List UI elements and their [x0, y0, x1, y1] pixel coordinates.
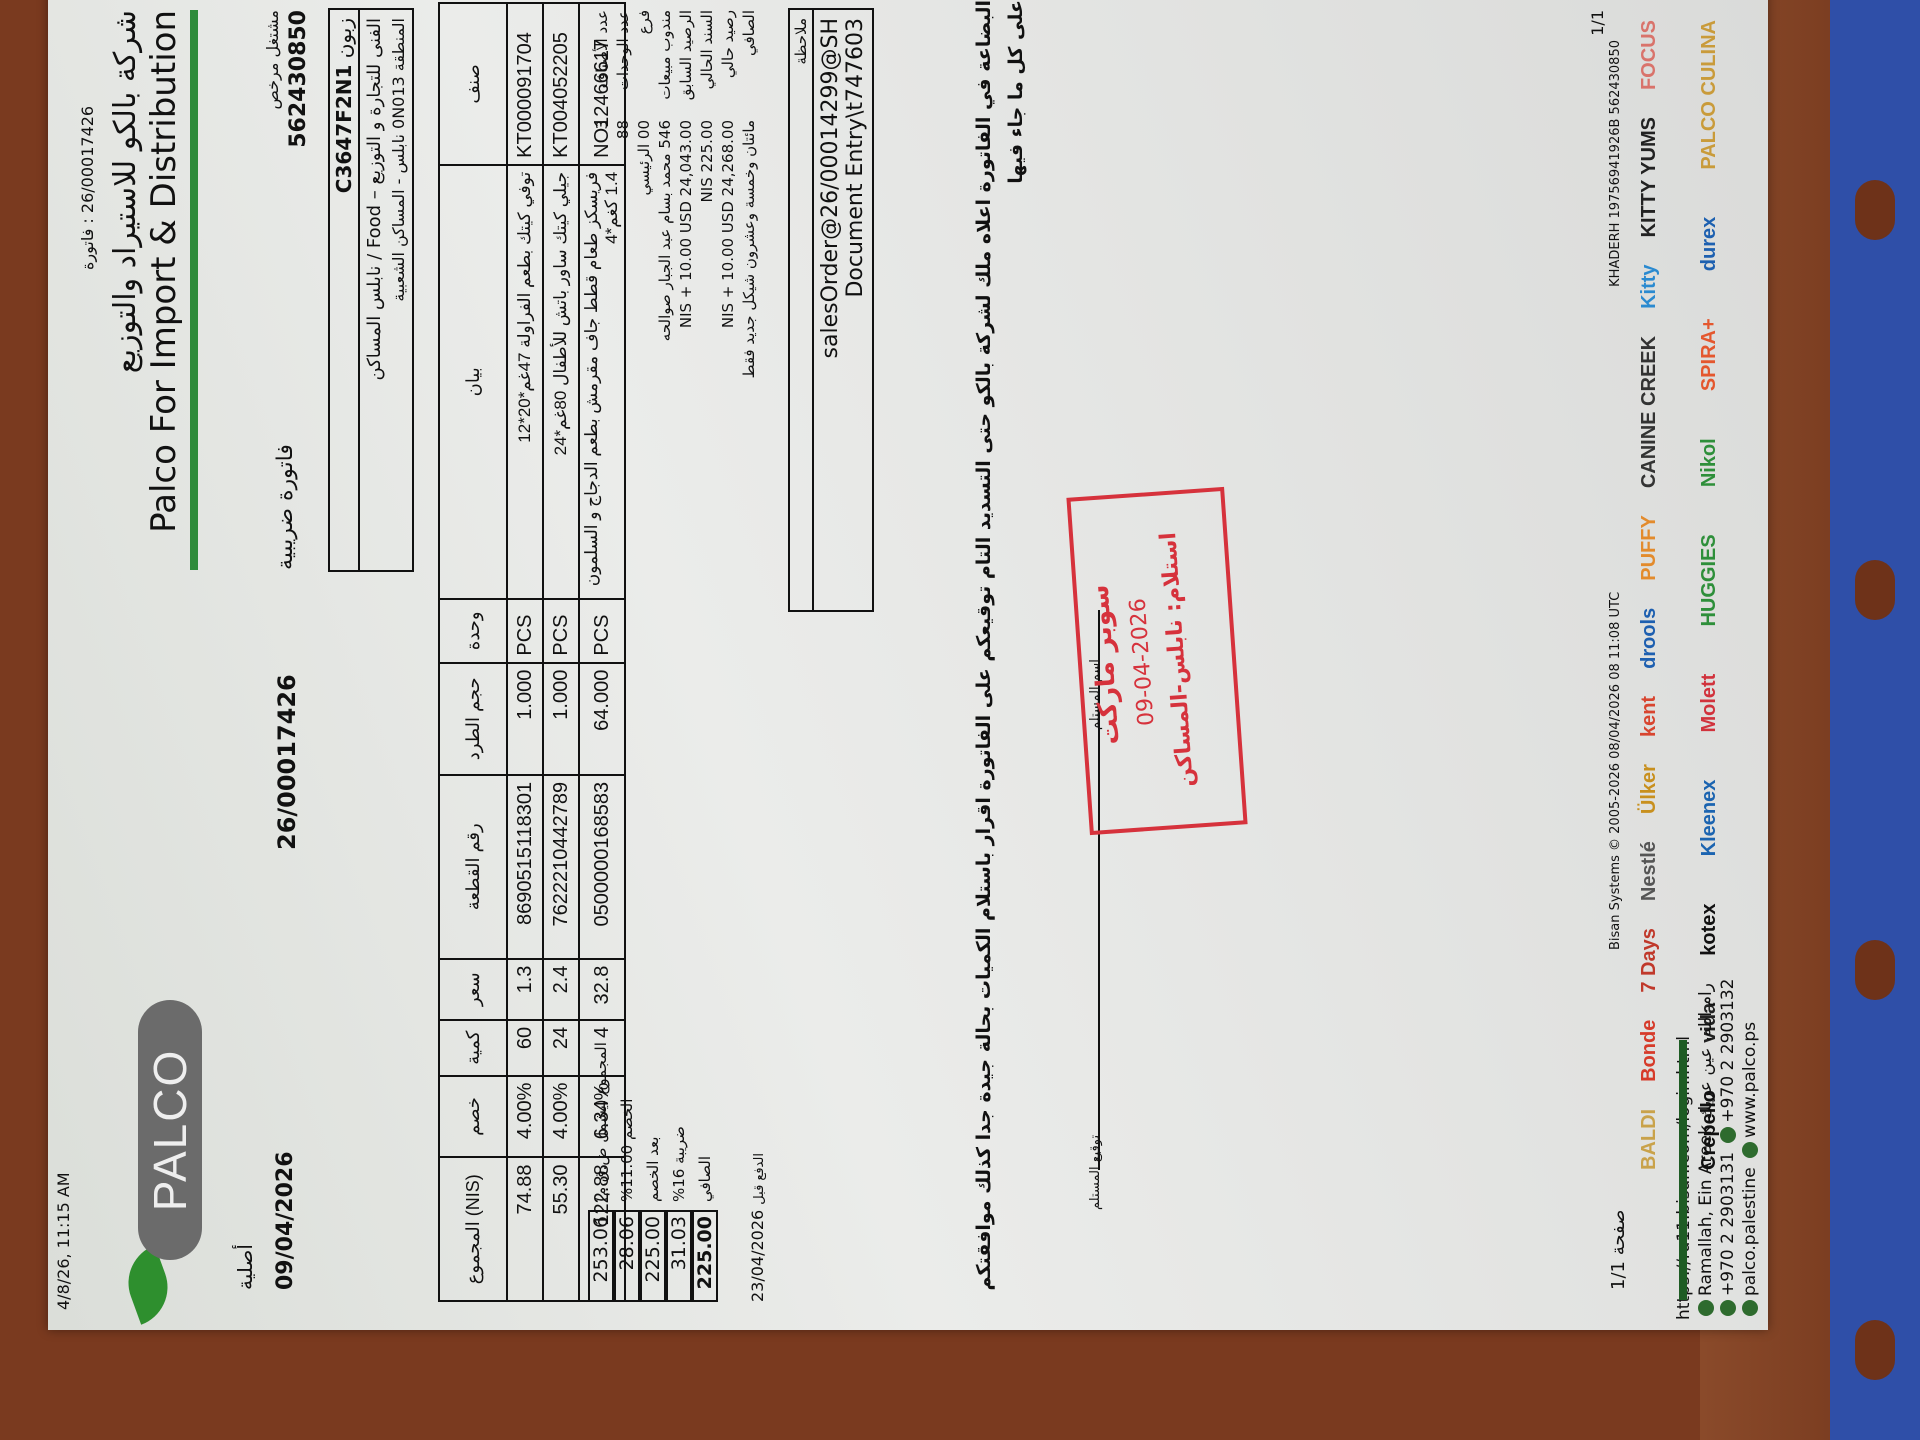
total-row: 225.00الصافي	[692, 902, 718, 1302]
receipt-stamp: سوبر ماركت 09-04-2026 استلام: نابلس-المس…	[1066, 487, 1247, 835]
column-header: بيان	[439, 165, 507, 599]
column-header: صنف	[439, 3, 507, 165]
cell-code: KT000091704	[507, 3, 543, 165]
cell-barcode: 8690515118301	[507, 775, 543, 959]
note-line: Document Entry\t747603	[843, 18, 868, 602]
company-name-ar: شركة بالكو للاستيراد والتوزيع	[108, 10, 143, 373]
cell-pack: 1.000	[543, 663, 579, 775]
total-value: 28.06	[614, 1210, 640, 1302]
total-label: بعد الخصم	[644, 1137, 662, 1210]
invoice-number: 26/00017426	[273, 674, 301, 850]
total-value: 225.00	[692, 1210, 718, 1302]
total-label: ضريبة 16%	[670, 1126, 688, 1210]
cell-unit: PCS	[579, 599, 625, 663]
brand-logo: drools	[1638, 608, 1661, 669]
cell-barcode: 7622210442789	[543, 775, 579, 959]
cell-pack: 64.000	[579, 663, 625, 775]
invoice-paper: 4/8/26, 11:15 AM 26/00017426 : فاتورة PA…	[48, 0, 1768, 1330]
table-row: 55.304.00%242.476222104427891.000PCSجيلي…	[543, 3, 579, 1301]
brand-logo: kent	[1638, 696, 1661, 737]
column-header: حجم الطرد	[439, 663, 507, 775]
cell-unit: PCS	[543, 599, 579, 663]
brand-logo: Kitty	[1638, 264, 1661, 308]
customer-name: الفنى للتجارة و التوزيع – Food / نابلس ا…	[360, 10, 389, 570]
cell-unit: PCS	[507, 599, 543, 663]
brand-logo: Nikol	[1698, 438, 1721, 487]
brand-logo: durex	[1698, 217, 1721, 271]
column-header: خصم	[439, 1076, 507, 1158]
note-line: salesOrder@26/00014299@SH	[818, 18, 843, 602]
brand-logo: BALDI	[1638, 1109, 1661, 1170]
contact-block: https://ra11.bisan.com/login.html Ramall…	[1673, 979, 1761, 1320]
brand-logo: Kleenex	[1698, 780, 1721, 857]
summary-block: عدد الأصناف3عدد الوحدات88فرع00 الرئيسيمن…	[593, 10, 761, 490]
summary-row: مندوب مبيعات546 محمد بسام عبد الجبار صوا…	[656, 10, 677, 490]
license-label: مشتغل مرخص	[263, 10, 282, 109]
total-value: 225.00	[640, 1210, 666, 1302]
brand-logo: Ülker	[1638, 764, 1661, 814]
cell-pack: 1.000	[507, 663, 543, 775]
summary-row: عدد الأصناف3	[593, 10, 614, 490]
punch-hole	[1855, 1320, 1895, 1380]
total-label: الصافي	[696, 1156, 714, 1210]
facebook-icon	[1742, 1300, 1758, 1316]
column-header: رقم القطعة	[439, 775, 507, 959]
notes-label: ملاحظة	[790, 10, 814, 610]
total-value: 31.03	[666, 1210, 692, 1302]
cell-total: 55.30	[543, 1157, 579, 1301]
totals-block: 253.06المجموع (يشمل ض.ق.م)28.06الخصم 11.…	[588, 902, 718, 1302]
total-row: 28.06الخصم 11.00%	[614, 902, 640, 1302]
cell-code: KT004052205	[543, 3, 579, 165]
location-icon	[1698, 1300, 1714, 1316]
brand-logo: SPIRA+	[1698, 318, 1721, 391]
invoice-type: فاتورة ضريبية	[273, 444, 298, 570]
column-header: وحدة	[439, 599, 507, 663]
brand-logo: FOCUS	[1638, 20, 1661, 90]
web-icon	[1742, 1142, 1758, 1158]
brand-logo: KITTY YUMS	[1638, 117, 1661, 237]
summary-row: عدد الوحدات88	[614, 10, 635, 490]
punch-hole	[1855, 180, 1895, 240]
customer-region: المنطقة 0N013 نابلس - المساكن الشعبية	[389, 10, 412, 570]
brand-logo: kotex	[1698, 903, 1721, 955]
declaration-text: البضاعة في الفاتورة اعلاه ملك لشركة بالك…	[968, 0, 1032, 1300]
brand-logo: Nestlé	[1638, 841, 1661, 901]
summary-row: السند الحالي225.00 NIS	[698, 10, 719, 490]
user-line: KHADERH 19756941926B 562430850	[1608, 40, 1623, 287]
punch-hole	[1855, 560, 1895, 620]
brand-logo: Bonde	[1638, 1020, 1661, 1082]
total-value: 253.06	[588, 1210, 614, 1302]
receiver-signature-label: توقيع المستلم	[1088, 1135, 1103, 1210]
due-date: 23/04/2026 الدفع قبل	[748, 1153, 767, 1302]
brand-bar	[190, 10, 198, 570]
cell-qty: 60	[507, 1020, 543, 1076]
print-timestamp: 4/8/26, 11:15 AM	[54, 1172, 73, 1310]
page-top: 1/1	[1588, 10, 1607, 36]
brand-logos-row-1: BALDIBonde7 DaysNestléÜlkerkentdroolsPUF…	[1638, 20, 1661, 1170]
company-logo: PALCO	[138, 1000, 202, 1260]
table-row: 74.884.00%601.386905151183011.000PCSتوفي…	[507, 3, 543, 1301]
total-label: الخصم 11.00%	[618, 1099, 636, 1210]
page-label: صفحة 1/1	[1608, 1210, 1629, 1290]
website-link[interactable]: www.palco.ps	[1740, 1022, 1760, 1138]
brand-logo: Molett	[1698, 674, 1721, 733]
cell-price: 1.3	[507, 959, 543, 1020]
phone-icon	[1720, 1300, 1736, 1316]
total-row: 225.00بعد الخصم	[640, 902, 666, 1302]
brand-logo: PALCO CULINA	[1698, 20, 1721, 170]
fax-icon	[1720, 1127, 1736, 1143]
total-row: 31.03ضريبة 16%	[666, 902, 692, 1302]
customer-code: C3647F2N1	[332, 65, 356, 194]
cell-discount: 4.00%	[543, 1076, 579, 1158]
summary-row: رصيد حالي24,268.00 NIS + 10.00 USD	[719, 10, 740, 490]
brand-logo: 7 Days	[1638, 928, 1661, 993]
summary-row: الرصيد السابق24,043.00 NIS + 10.00 USD	[677, 10, 698, 490]
summary-row: فرع00 الرئيسي	[635, 10, 656, 490]
notes-box: ملاحظة salesOrder@26/00014299@SHDocument…	[788, 8, 874, 612]
column-header: كمية	[439, 1020, 507, 1076]
print-invoice-ref: 26/00017426 : فاتورة	[78, 106, 97, 270]
cell-total: 74.88	[507, 1157, 543, 1301]
cell-price: 2.4	[543, 959, 579, 1020]
copy-label: أصلية	[233, 1244, 257, 1290]
invoice-date: 09/04/2026	[273, 1151, 298, 1290]
brand-logo: HUGGIES	[1698, 534, 1721, 626]
brand-logo: CANINE CREEK	[1638, 336, 1661, 488]
customer-label: زبون	[332, 18, 356, 58]
cell-description: توفي كيتك بطعم الفراولة 47غم*20*12	[507, 165, 543, 599]
cell-discount: 4.00%	[507, 1076, 543, 1158]
column-header: المجموع (NIS)	[439, 1157, 507, 1301]
system-line: Bisan Systems © 2005-2026 08/04/2026 08 …	[1608, 592, 1623, 950]
brand-logo: PUFFY	[1638, 515, 1661, 581]
summary-row: الصافيمائتان وخمسة وعشرون شيكل جديد فقط	[740, 10, 761, 490]
customer-box: زبون C3647F2N1 الفنى للتجارة و التوزيع –…	[328, 8, 414, 572]
punch-hole	[1855, 940, 1895, 1000]
company-name-en: Palco For Import & Distribution	[144, 10, 184, 533]
total-label: المجموع (يشمل ض.ق.م)	[592, 1042, 610, 1210]
cell-qty: 24	[543, 1020, 579, 1076]
total-row: 253.06المجموع (يشمل ض.ق.م)	[588, 902, 614, 1302]
column-header: سعر	[439, 959, 507, 1020]
cell-description: جيلي كيتك ساور باتش للأطفال 80غم*24	[543, 165, 579, 599]
license-number: 562430850	[286, 10, 311, 148]
